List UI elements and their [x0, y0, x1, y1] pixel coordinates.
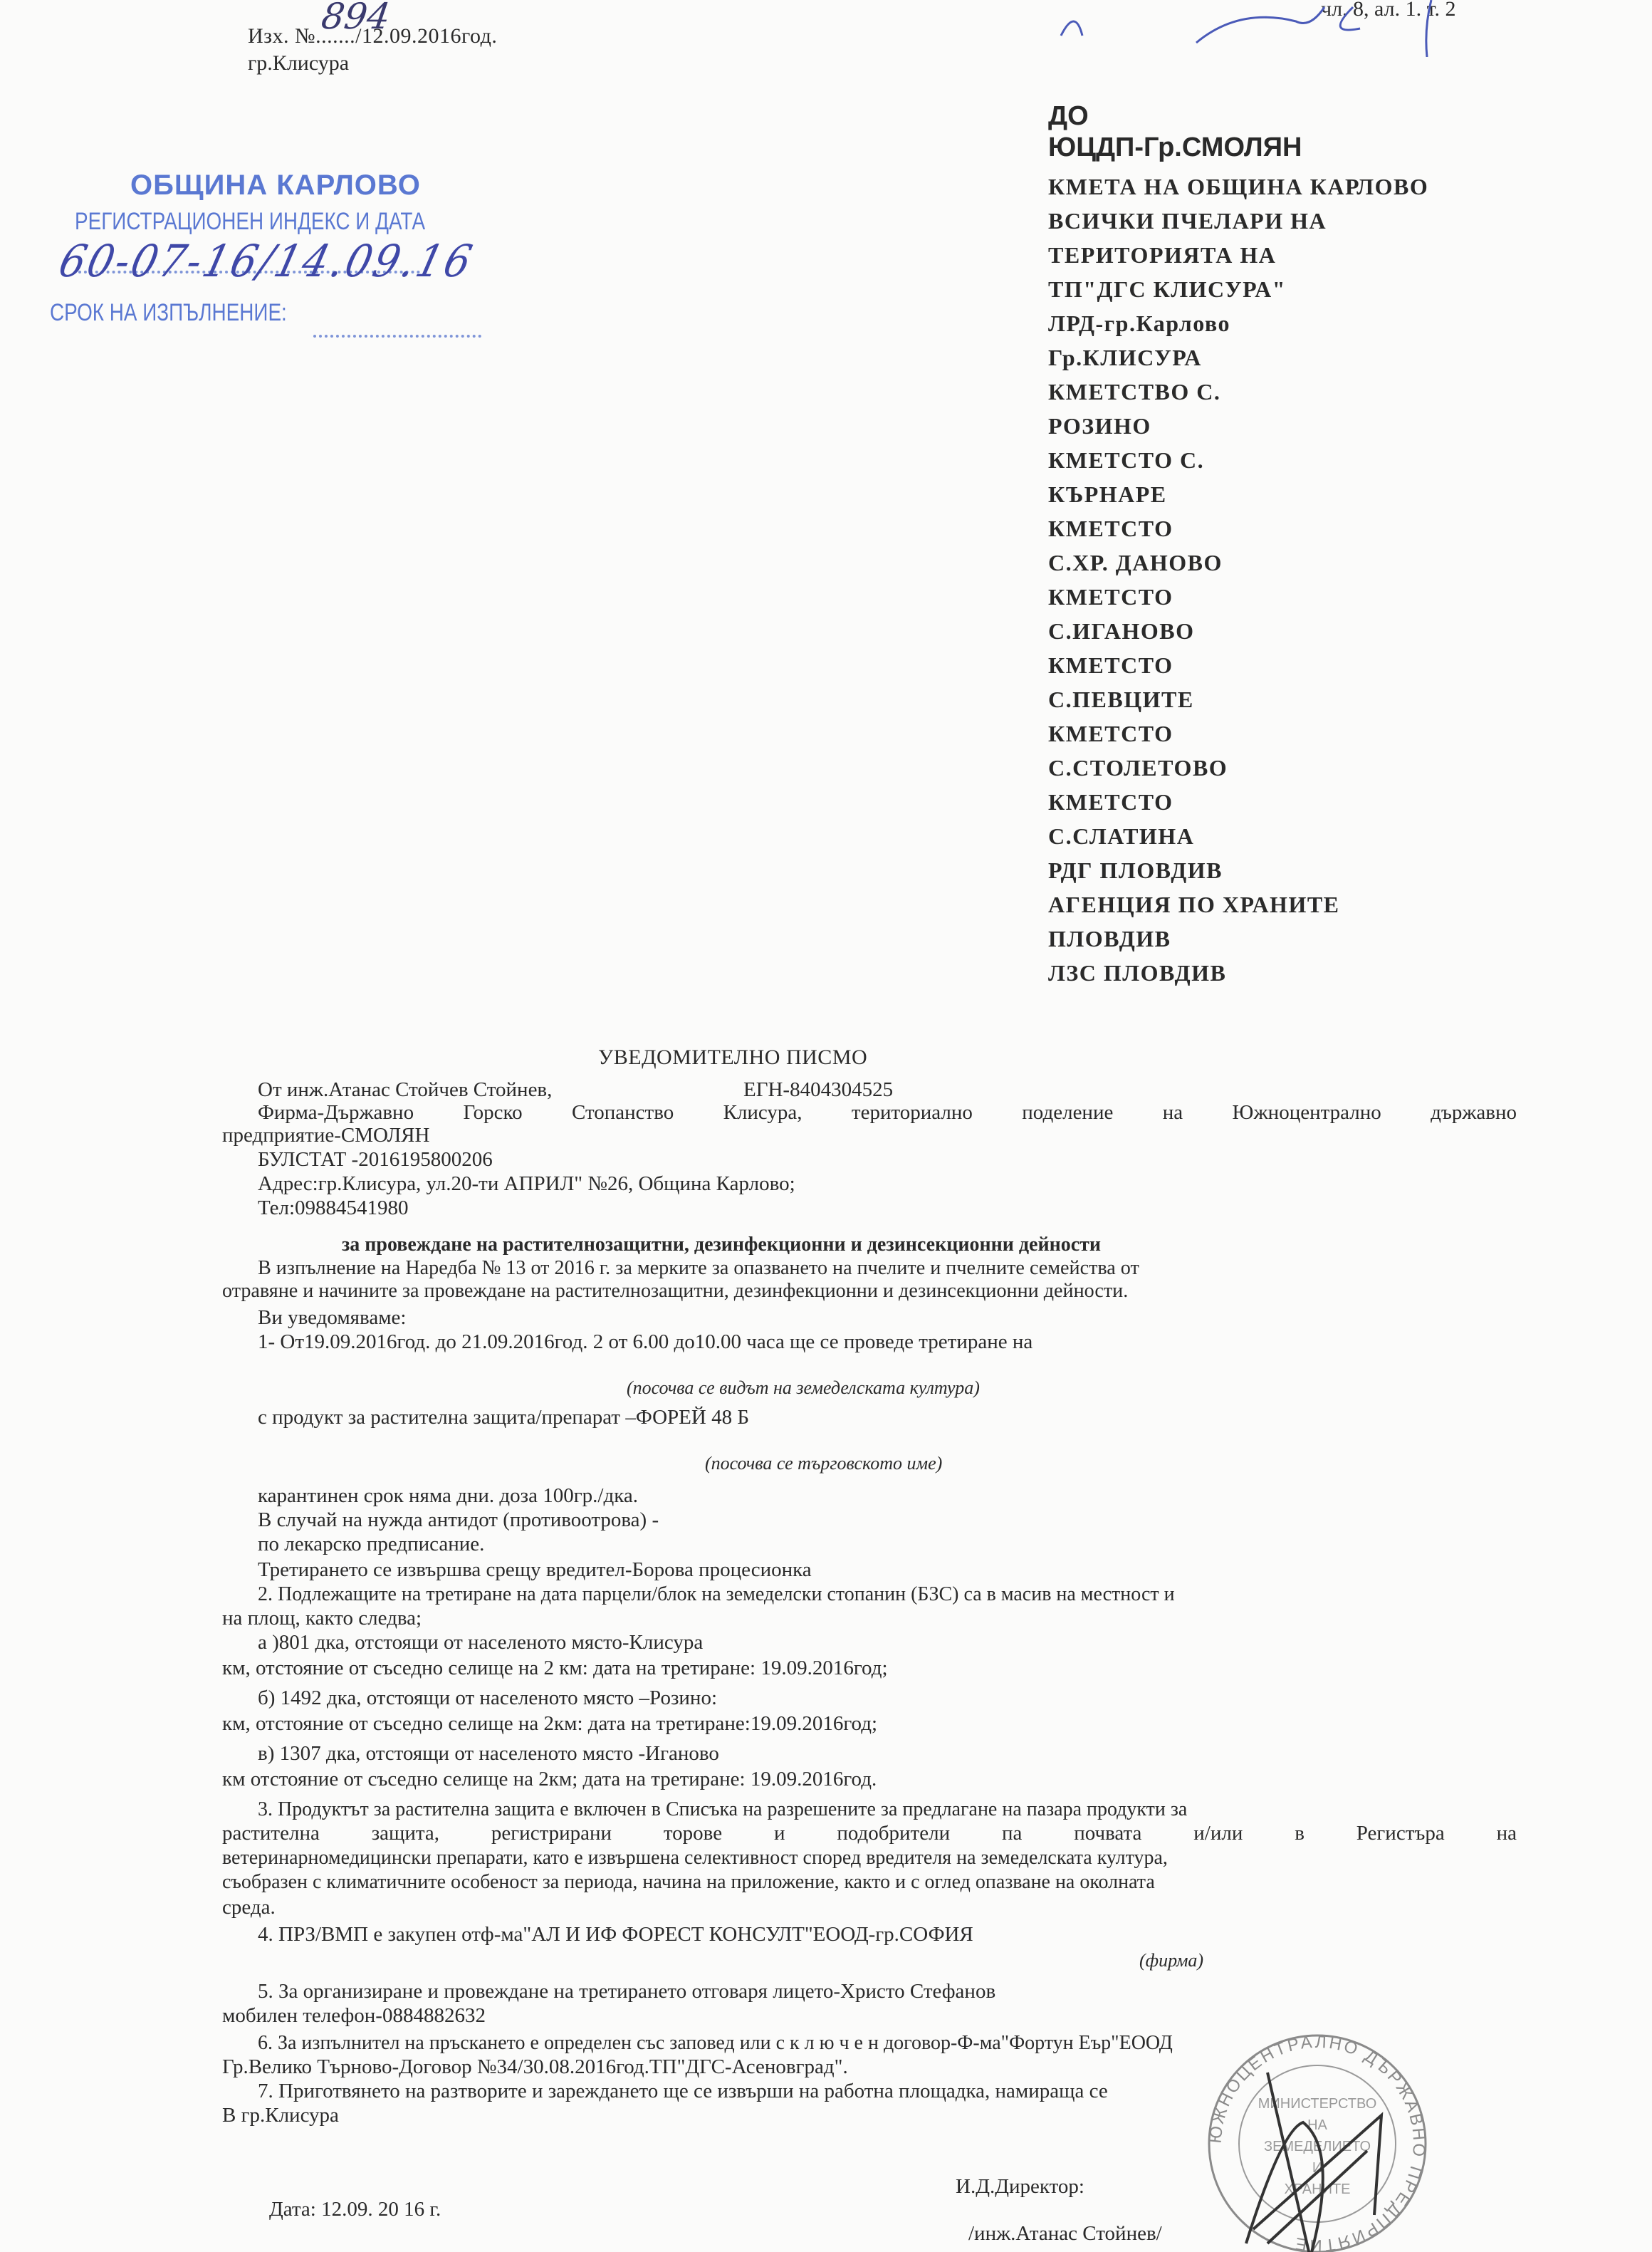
addressee-prefix: ДО — [1048, 101, 1089, 132]
addressee-line: ЛРД-гр.Карлово — [1048, 311, 1230, 337]
addressee-line: КМЕТСТО — [1048, 721, 1173, 747]
addressee-line: КМЕТСТО — [1048, 584, 1173, 610]
addressee-line: С.СТОЛЕТОВО — [1048, 755, 1228, 781]
addressee-line: ПЛОВДИВ — [1048, 926, 1171, 952]
addressee-line: КМЕТА НА ОБЩИНА КАРЛОВО — [1048, 174, 1428, 200]
letter-title: УВЕДОМИТЕЛНО ПИСМО — [598, 1046, 867, 1070]
addressee-line: Гр.КЛИСУРА — [1048, 345, 1202, 371]
product: с продукт за растителна защита/препарат … — [258, 1406, 749, 1429]
company-line: Фирма-Държавно Горско Стопанство Клисура… — [258, 1101, 1517, 1125]
addressee-line: ТП"ДГС КЛИСУРА" — [1048, 276, 1286, 303]
addressee-line: КЪРНАРЕ — [1048, 481, 1167, 508]
item-3: среда. — [222, 1896, 276, 1919]
item-3: 3. Продуктът за растителна защита е вклю… — [258, 1798, 1187, 1821]
hint-culture: (посочва се видът на земеделската култур… — [627, 1377, 980, 1399]
origin-city: гр.Клисура — [248, 51, 349, 75]
item-4: 4. ПРЗ/ВМП е закупен отф-ма"АЛ И ИФ ФОРЕ… — [258, 1923, 973, 1946]
addressee-line: РДГ ПЛОВДИВ — [1048, 857, 1223, 884]
item-3: растителна защита, регистрирани торове и… — [222, 1822, 1517, 1845]
addressee-line: ВСИЧКИ ПЧЕЛАРИ НА — [1048, 208, 1327, 234]
hint-firm: (фирма) — [1139, 1950, 1203, 1971]
sender: От инж.Атанас Стойчев Стойнев, — [258, 1078, 552, 1102]
handwritten-scribble-icon — [1054, 0, 1453, 57]
item-5: 5. За организиране и провеждане на трети… — [258, 1980, 995, 2003]
hint-trade-name: (посочва се търговското име) — [705, 1453, 942, 1474]
item-5: мобилен телефон-0884882632 — [222, 2004, 486, 2028]
plot-item: в) 1307 дка, отстоящи от населеното мяст… — [258, 1742, 719, 1766]
item-2: 2. Подлежащите на третиране на дата парц… — [258, 1583, 1175, 1606]
item-1: 1- От19.09.2016год. до 21.09.2016год. 2 … — [258, 1330, 1032, 1354]
item-7: В гр.Клисура — [222, 2104, 339, 2127]
addressee-line: КМЕТСТО С. — [1048, 447, 1204, 474]
plot-item: б) 1492 дка, отстоящи от населеното мяст… — [258, 1687, 717, 1710]
prescription: по лекарско предписание. — [258, 1533, 484, 1556]
notify: Ви уведомяваме: — [258, 1306, 406, 1330]
quarantine: карантинен срок няма дни. доза 100гр./дк… — [258, 1484, 638, 1508]
intro-line: отравяне и начините за провеждане на рас… — [222, 1279, 1128, 1303]
item-6: 6. За изпълнител на пръскането е определ… — [258, 2031, 1173, 2055]
address: Адрес:гр.Клисура, ул.20-ти АПРИЛ" №26, О… — [258, 1172, 795, 1196]
pest: Третирането се извършва срещу вредител-Б… — [258, 1558, 812, 1582]
stamp-deadline-label: СРОК НА ИЗПЪЛНЕНИЕ: — [50, 299, 287, 327]
letter-date: Дата: 12.09. 20 16 г. — [269, 2198, 441, 2221]
stamp-handwritten-index: 60-07-16/14.09.16 — [54, 235, 479, 287]
letter-subject: за провеждане на растителнозащитни, дези… — [342, 1234, 1101, 1256]
signatory-title: И.Д.Директор: — [956, 2175, 1084, 2199]
company-line: предприятие-СМОЛЯН — [222, 1124, 429, 1147]
official-seal-icon: ЮЖНОЦЕНТРАЛНО ДЪРЖАВНО ПРЕДПРИЯТИЕ МИНИС… — [1203, 2030, 1431, 2252]
addressee-line: КМЕТСТВО С. — [1048, 379, 1220, 405]
addressee-line: ТЕРИТОРИЯТА НА — [1048, 242, 1276, 269]
phone: Тел:09884541980 — [258, 1197, 409, 1220]
addressee-line: КМЕТСТО — [1048, 652, 1173, 679]
stamp-dotted-line — [313, 335, 481, 338]
bulstat: БУЛСТАТ -2016195800206 — [258, 1148, 493, 1172]
item-7: 7. Приготвянето на разтворите и зареждан… — [258, 2080, 1108, 2103]
addressee-line: КМЕТСТО — [1048, 516, 1173, 542]
addressee-line: РОЗИНО — [1048, 413, 1151, 439]
plot-item: а )801 дка, отстоящи от населеното място… — [258, 1631, 703, 1654]
addressee-line: С.СЛАТИНА — [1048, 823, 1194, 850]
addressee-line: С.ХР. ДАНОВО — [1048, 550, 1223, 576]
antidote: В случай на нужда антидот (противоотрова… — [258, 1508, 659, 1532]
addressee-primary: ЮЦДП-Гр.СМОЛЯН — [1048, 132, 1302, 163]
addressee-line: АГЕНЦИЯ ПО ХРАНИТЕ — [1048, 892, 1340, 918]
stamp-municipality: ОБЩИНА КАРЛОВО — [130, 170, 421, 202]
plot-detail: км отстояние от съседно селище на 2км; д… — [222, 1768, 877, 1791]
addressee-line: ЛЗС ПЛОВДИВ — [1048, 960, 1226, 986]
signatory-name: /инж.Атанас Стойнев/ — [968, 2222, 1162, 2246]
item-2: на площ, както следва; — [222, 1607, 422, 1630]
sender-egn: ЕГН-8404304525 — [743, 1078, 893, 1102]
plot-detail: км, отстояние от съседно селище на 2 км:… — [222, 1657, 888, 1680]
intro-line: В изпълнение на Наредба № 13 от 2016 г. … — [258, 1256, 1139, 1280]
addressee-line: КМЕТСТО — [1048, 789, 1173, 815]
plot-detail: км, отстояние от съседно селище на 2км: … — [222, 1712, 877, 1736]
item-3: ветеринарномедицински препарати, като е … — [222, 1846, 1168, 1870]
outgoing-number: Изх. №......./12.09.2016год. — [248, 24, 497, 48]
stamp-index-label: РЕГИСТРАЦИОНЕН ИНДЕКС И ДАТА — [75, 208, 425, 236]
item-6: Гр.Велико Търново-Договор №34/30.08.2016… — [222, 2055, 848, 2079]
addressee-line: С.ИГАНОВО — [1048, 618, 1195, 645]
item-3: съобразен с климатичните особеност за пе… — [222, 1870, 1155, 1894]
addressee-line: С.ПЕВЦИТЕ — [1048, 687, 1194, 713]
